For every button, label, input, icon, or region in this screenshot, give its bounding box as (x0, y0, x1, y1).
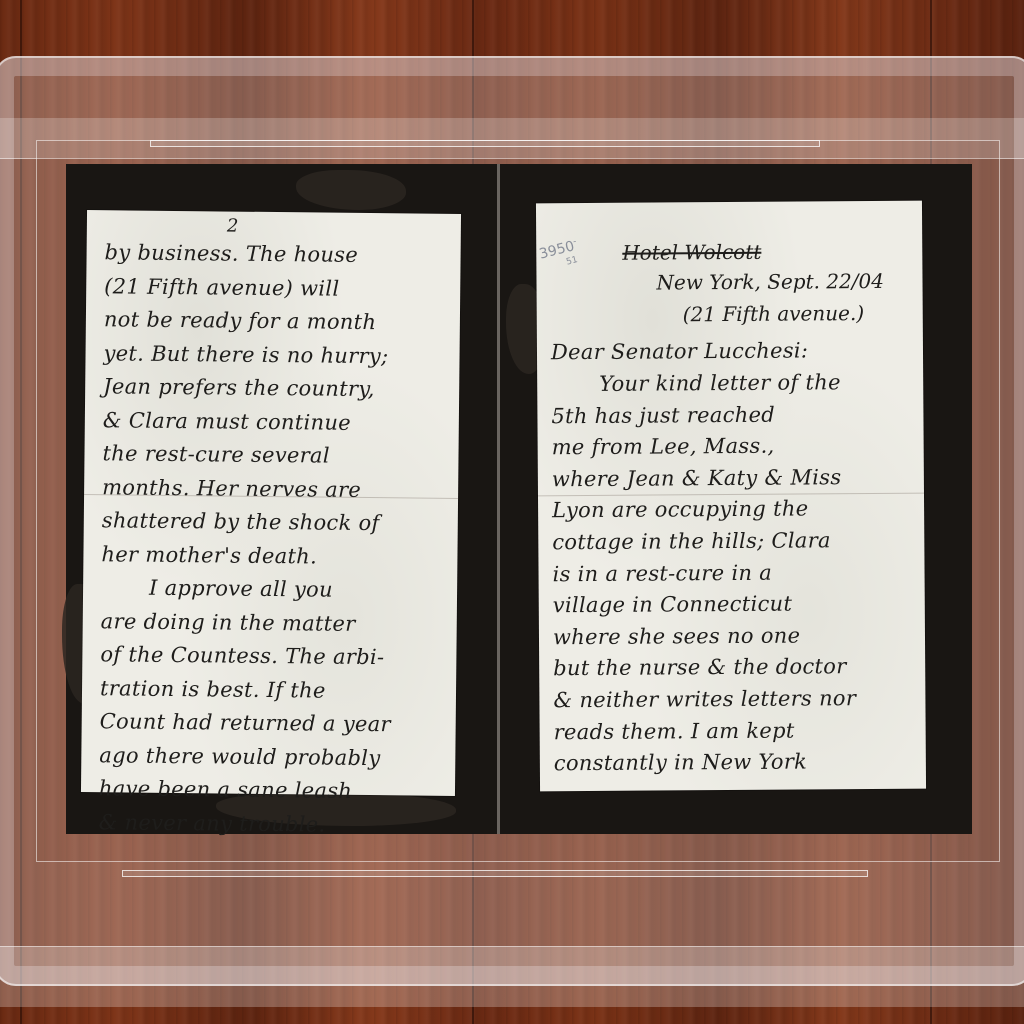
mount-stain (296, 170, 406, 210)
handwritten-line: 5th has just reached (551, 399, 854, 433)
handwritten-line: by business. The house (104, 236, 395, 273)
handwritten-line: where Jean & Katy & Miss (552, 462, 855, 496)
pencil-price-note: 3950- 51 (537, 235, 583, 275)
handwritten-line: I approve all you (101, 571, 392, 608)
handwritten-line: Jean prefers the country, (103, 370, 394, 407)
handwritten-line: Count had returned a year (100, 705, 391, 742)
handwritten-line: Lyon are occupying the (552, 494, 855, 528)
handwritten-text: Your kind letter of the5th has just reac… (551, 367, 857, 780)
dateline: New York, Sept. 22/04 (656, 269, 884, 295)
handwritten-line: village in Connecticut (553, 588, 856, 622)
handwritten-line: reads them. I am kept (554, 715, 857, 749)
handwritten-line: have been a sane leash (99, 772, 390, 809)
salutation: Dear Senator Lucchesi: (551, 335, 808, 368)
handwritten-line: (21 Fifth avenue) will (104, 270, 395, 307)
handwritten-line: are doing in the matter (101, 605, 392, 642)
handwritten-line: cottage in the hills; Clara (552, 525, 855, 559)
handwritten-line: Your kind letter of the (551, 367, 854, 401)
mount-spine (497, 164, 500, 834)
letter-page-1: 3950- 51 Hotel Wolcott New York, Sept. 2… (536, 201, 926, 792)
handwritten-line: me from Lee, Mass., (552, 430, 855, 464)
holder-bottom-lip (0, 946, 1024, 1007)
handwritten-text: by business. The house(21 Fifth avenue) … (98, 236, 395, 842)
handwritten-line: the rest-cure several (102, 437, 393, 474)
handwritten-line: her mother's death. (101, 538, 392, 575)
handwritten-line: where she sees no one (553, 620, 856, 654)
handwritten-line: ago there would probably (99, 739, 390, 776)
handwritten-line: not be ready for a month (104, 303, 395, 340)
handwritten-line: is in a rest-cure in a (552, 557, 855, 591)
handwritten-line: & neither writes letters nor (553, 683, 856, 717)
handwritten-line: shattered by the shock of (102, 504, 393, 541)
holder-top-slot (150, 140, 820, 147)
handwritten-line: months. Her nerves are (102, 471, 393, 508)
handwritten-line: of the Countess. The arbi- (100, 638, 391, 675)
handwritten-line: constantly in New York (554, 746, 857, 780)
letter-page-2: 2 by business. The house(21 Fifth avenue… (81, 210, 461, 796)
handwritten-line: & never any trouble. (98, 806, 389, 843)
handwritten-line: but the nurse & the doctor (553, 651, 856, 685)
page-number: 2 (227, 216, 239, 237)
address-line: (21 Fifth avenue.) (683, 301, 865, 326)
handwritten-line: & Clara must continue (103, 404, 394, 441)
holder-bottom-slot (122, 870, 868, 877)
handwritten-line: yet. But there is no hurry; (103, 337, 394, 374)
struck-letterhead: Hotel Wolcott (622, 240, 761, 265)
handwritten-line: tration is best. If the (100, 672, 391, 709)
